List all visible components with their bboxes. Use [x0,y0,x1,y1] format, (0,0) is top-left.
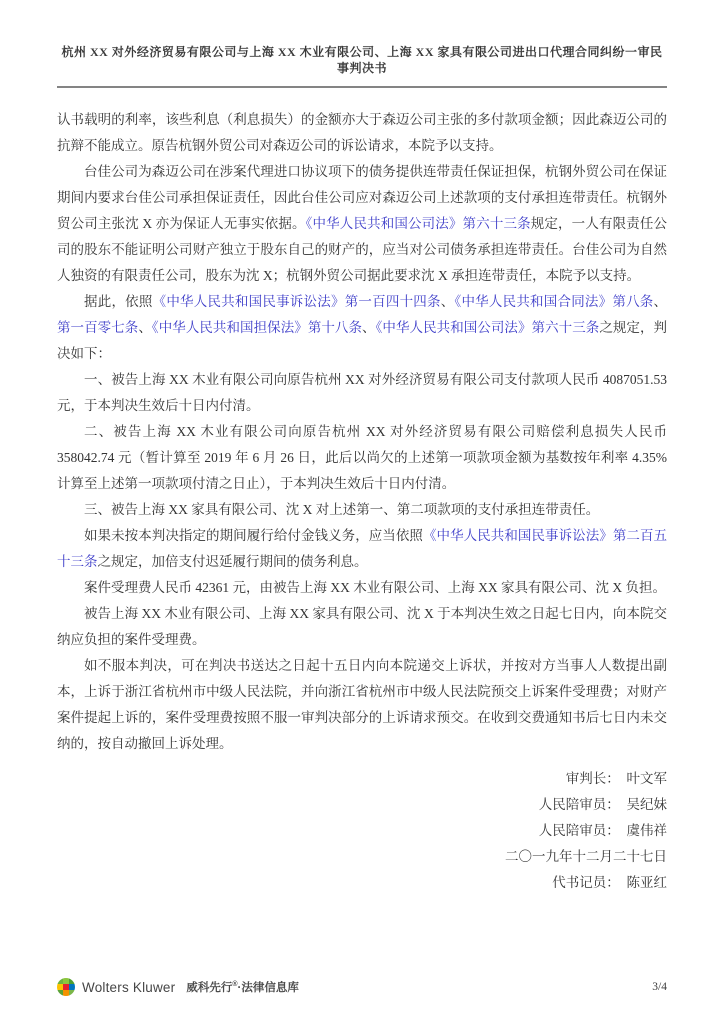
header-divider [57,86,667,88]
product-name: 威科先行®·法律信息库 [186,979,299,995]
law-reference-link[interactable]: 《中华人民共和国公司法》第六十三条 [376,320,600,335]
paragraph-text: 、 [441,294,455,309]
wolters-kluwer-logo-icon [57,978,75,996]
paragraph-text: 被告上海 XX 木业有限公司、上海 XX 家具有限公司、沈 X 于本判决生效之日… [57,606,667,647]
law-reference-link[interactable]: 《中华人民共和国民事诉讼法》第一百四十四条 [153,294,441,309]
paragraph-text: 三、被告上海 XX 家具有限公司、沈 X 对上述第一、第二项款项的支付承担连带责… [84,502,599,517]
product-suffix: 法律信息库 [241,982,299,994]
paragraph-text: 二、被告上海 XX 木业有限公司向原告杭州 XX 对外经济贸易有限公司赔偿利息损… [57,424,667,491]
law-reference-link[interactable]: 《中华人民共和国公司法》第六十三条 [306,216,531,231]
law-reference-link[interactable]: 《中华人民共和国担保法》第十八条 [152,320,362,335]
law-reference-link[interactable]: 《中华人民共和国合同法》第八条 [454,294,653,309]
document-header: 杭州 XX 对外经济贸易有限公司与上海 XX 木业有限公司、上海 XX 家具有限… [57,0,667,88]
page-number: 3/4 [652,981,667,993]
signature-line: 人民陪审员： 虞伟祥 [57,818,667,844]
paragraph-text: 、 [362,320,376,335]
judgment-paragraph: 二、被告上海 XX 木业有限公司向原告杭州 XX 对外经济贸易有限公司赔偿利息损… [57,419,667,497]
document-title: 杭州 XX 对外经济贸易有限公司与上海 XX 木业有限公司、上海 XX 家具有限… [57,44,667,76]
signature-line: 代书记员： 陈亚红 [57,870,667,896]
judgment-paragraph: 台佳公司为森迈公司在涉案代理进口协议项下的债务提供连带责任保证担保，杭钢外贸公司… [57,159,667,289]
judgment-paragraph: 据此，依照《中华人民共和国民事诉讼法》第一百四十四条、《中华人民共和国合同法》第… [57,289,667,367]
product-name-text: 威科先行 [186,982,232,994]
signature-line: 人民陪审员： 吴纪妹 [57,792,667,818]
brand-name: Wolters Kluwer [82,980,175,995]
paragraph-text: 案件受理费人民币 42361 元，由被告上海 XX 木业有限公司、上海 XX 家… [84,580,666,595]
signature-line: 二〇一九年十二月二十七日 [57,844,667,870]
signature-block: 审判长： 叶文军人民陪审员： 吴纪妹人民陪审员： 虞伟祥二〇一九年十二月二十七日… [57,766,667,896]
judgment-paragraph: 如不服本判决，可在判决书送达之日起十五日内向本院递交上诉状，并按对方当事人人数提… [57,653,667,757]
judgment-paragraph: 三、被告上海 XX 家具有限公司、沈 X 对上述第一、第二项款项的支付承担连带责… [57,497,667,523]
signature-line: 审判长： 叶文军 [57,766,667,792]
paragraph-text: 一、被告上海 XX 木业有限公司向原告杭州 XX 对外经济贸易有限公司支付款项人… [57,372,667,413]
judgment-document-page: 杭州 XX 对外经济贸易有限公司与上海 XX 木业有限公司、上海 XX 家具有限… [0,0,724,1024]
paragraph-text: 之规定，加倍支付迟延履行期间的债务利息。 [98,554,368,569]
judgment-paragraph: 认书载明的利率，该些利息（利息损失）的金额亦大于森迈公司主张的多付款项金额；因此… [57,107,667,159]
judgment-paragraph: 如果未按本判决指定的期间履行给付金钱义务，应当依照《中华人民共和国民事诉讼法》第… [57,523,667,575]
judgment-paragraph: 被告上海 XX 木业有限公司、上海 XX 家具有限公司、沈 X 于本判决生效之日… [57,601,667,653]
paragraph-text: 、 [654,294,668,309]
paragraph-text: 如果未按本判决指定的期间履行给付金钱义务，应当依照 [84,528,423,543]
judgment-paragraph: 一、被告上海 XX 木业有限公司向原告杭州 XX 对外经济贸易有限公司支付款项人… [57,367,667,419]
paragraph-text: 据此，依照 [84,294,153,309]
footer-branding: Wolters Kluwer 威科先行®·法律信息库 [57,978,299,996]
page-footer: Wolters Kluwer 威科先行®·法律信息库 3/4 [57,978,667,996]
judgment-paragraph: 案件受理费人民币 42361 元，由被告上海 XX 木业有限公司、上海 XX 家… [57,575,667,601]
paragraph-text: 认书载明的利率，该些利息（利息损失）的金额亦大于森迈公司主张的多付款项金额；因此… [57,112,667,153]
judgment-body: 认书载明的利率，该些利息（利息损失）的金额亦大于森迈公司主张的多付款项金额；因此… [57,107,667,757]
paragraph-text: 如不服本判决，可在判决书送达之日起十五日内向本院递交上诉状，并按对方当事人人数提… [57,658,667,751]
law-reference-link[interactable]: 第一百零七条 [57,320,138,335]
paragraph-text: 、 [138,320,152,335]
